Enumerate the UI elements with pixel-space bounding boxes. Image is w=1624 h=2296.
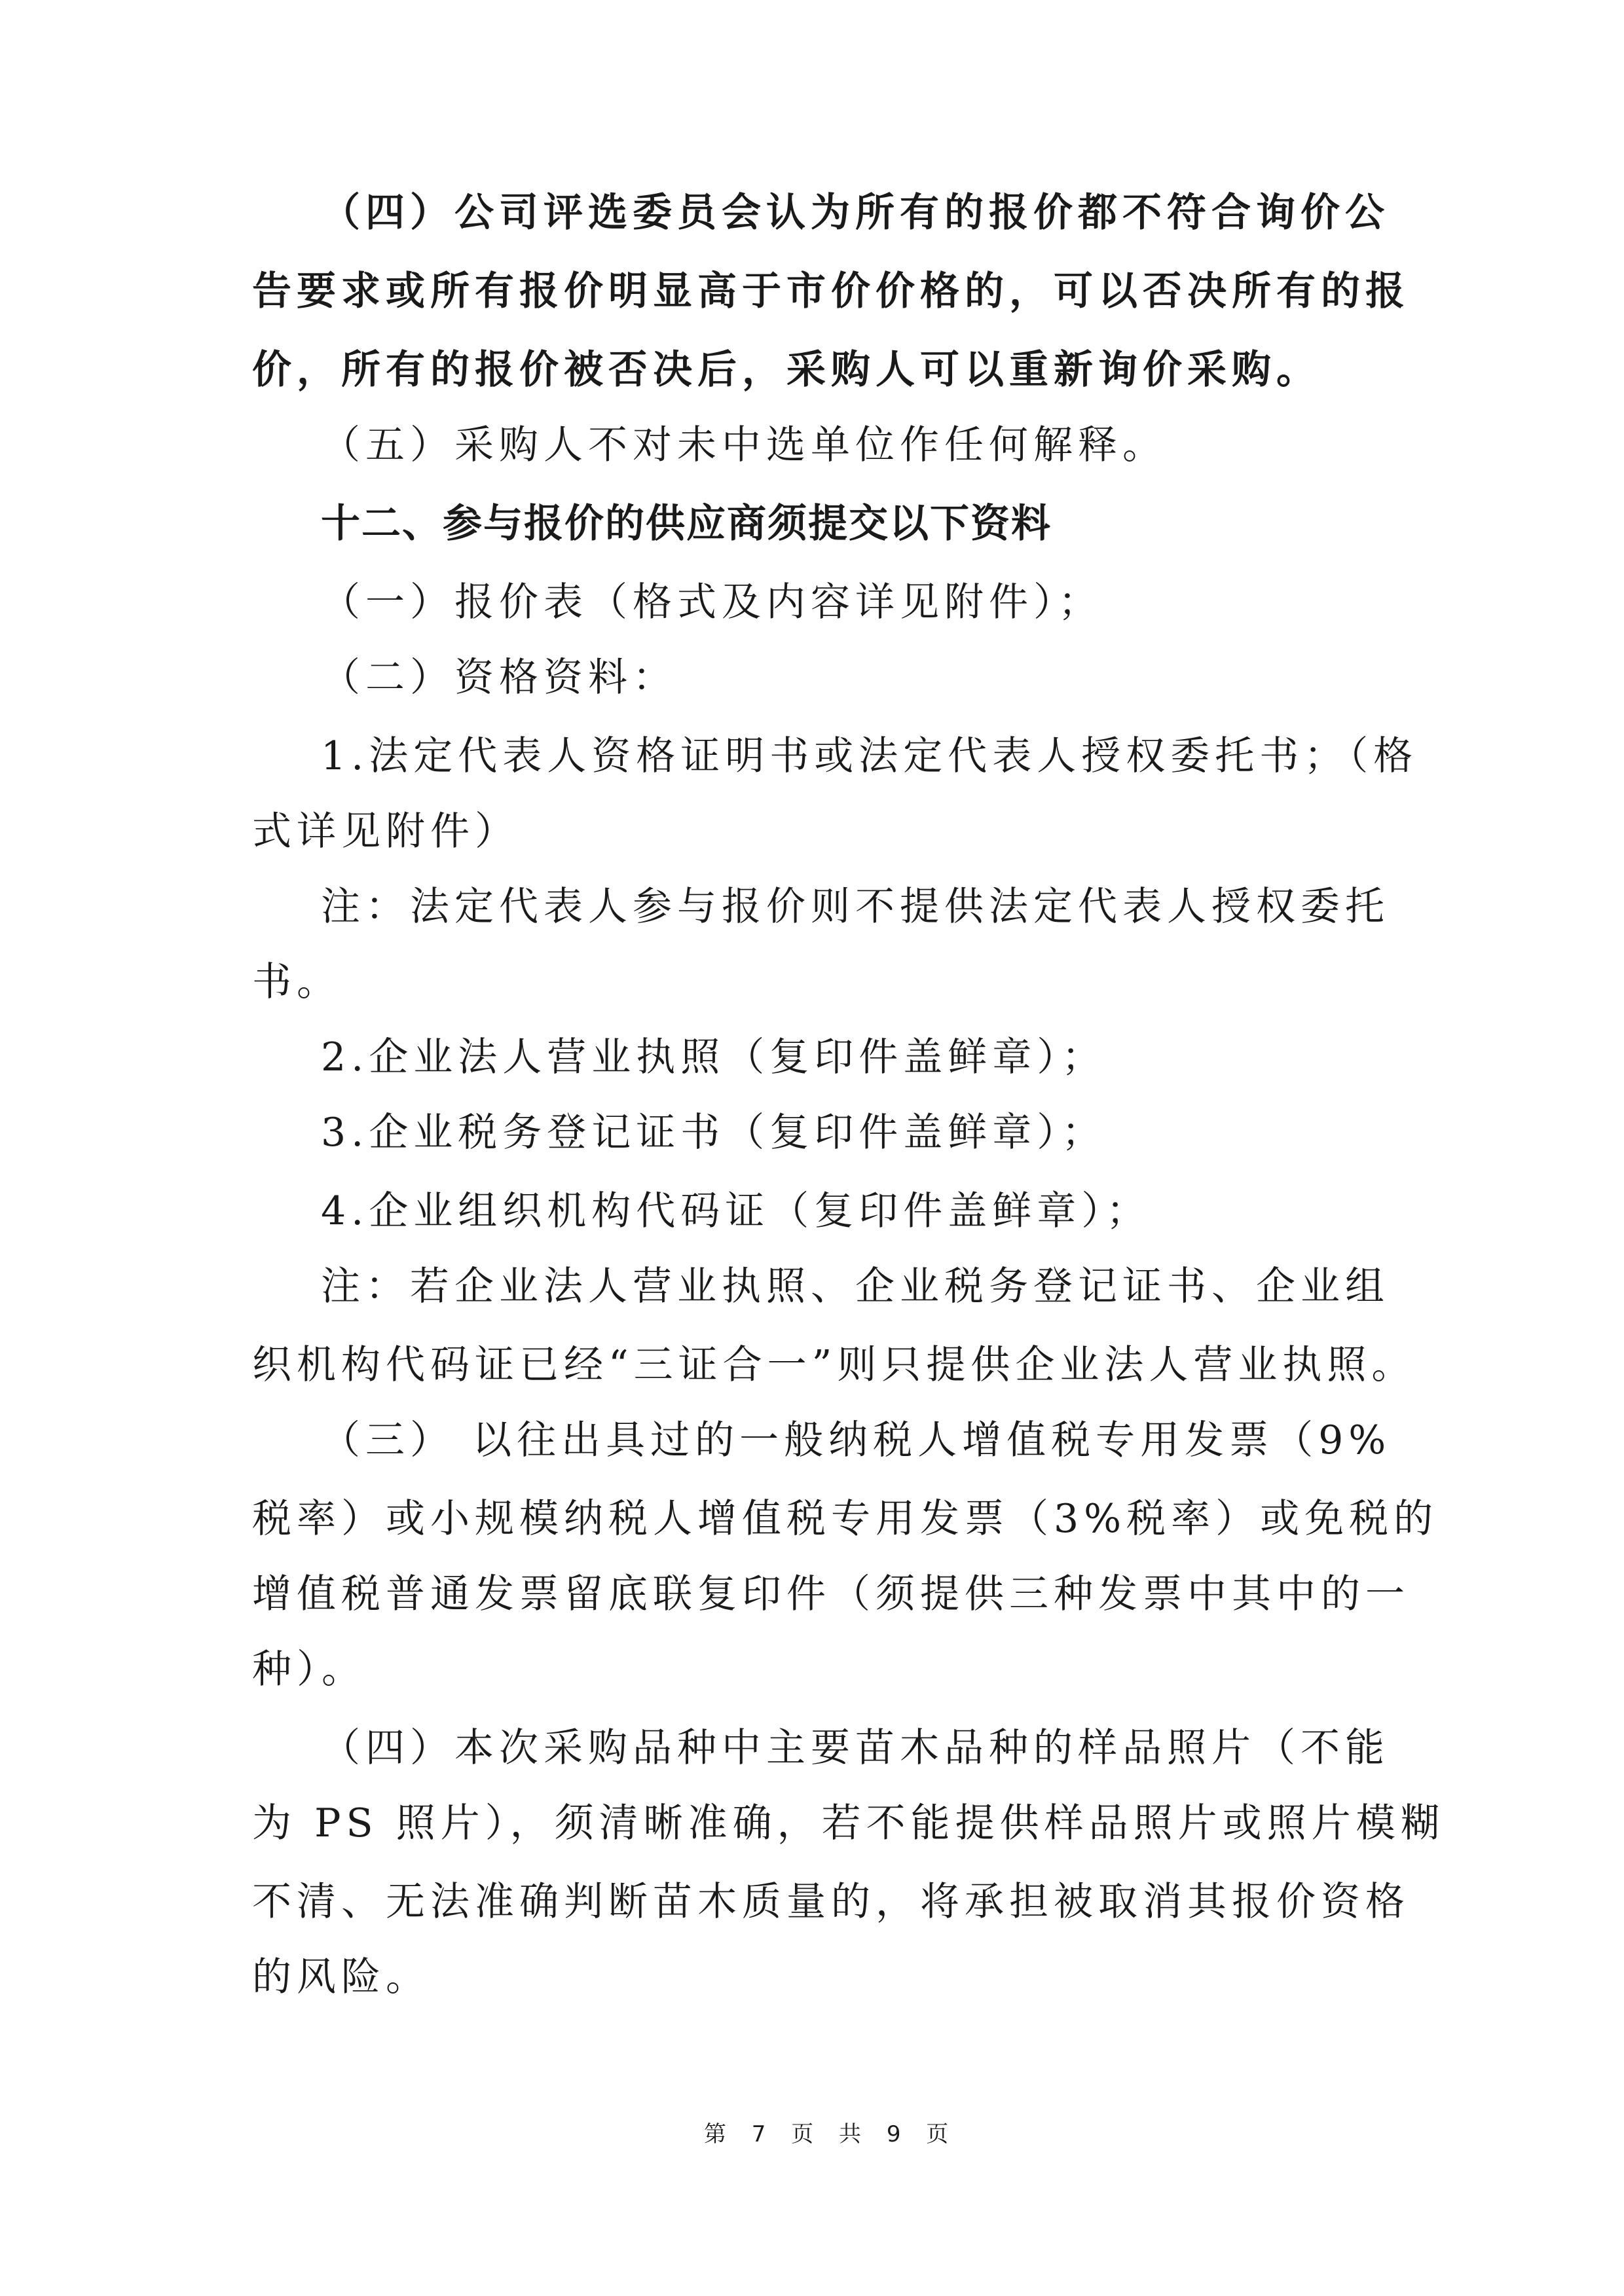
item-1-line-1: 1.法定代表人资格证明书或法定代表人授权委托书；（格	[321, 730, 1418, 782]
page-number-footer: 第 7 页 共 9 页	[704, 2116, 957, 2148]
paragraph-4-line-1: （四）公司评选委员会认为所有的报价都不符合询价公	[321, 187, 1390, 239]
note-1-line-2: 书。	[252, 956, 341, 1008]
item-4: 4.企业组织机构代码证（复印件盖鲜章）；	[321, 1185, 1151, 1237]
note-1-line-1: 注：法定代表人参与报价则不提供法定代表人授权委托	[321, 881, 1390, 933]
subsection-1: （一）报价表（格式及内容详见附件）；	[321, 576, 1103, 629]
subsection-3-line-3: 增值税普通发票留底联复印件（须提供三种发票中其中的一	[252, 1568, 1410, 1620]
item-2: 2.企业法人营业执照（复印件盖鲜章）；	[321, 1031, 1106, 1084]
paragraph-5: （五）采购人不对未中选单位作任何解释。	[321, 419, 1167, 471]
subsection-4-line-2: 为 PS 照片），须清晰准确，若不能提供样品照片或照片模糊	[252, 1797, 1445, 1850]
note-2-line-2: 织机构代码证已经“三证合一”则只提供企业法人营业执照。	[252, 1339, 1416, 1391]
subsection-3-line-2: 税率）或小规模纳税人增值税专用发票（3%税率）或免税的	[252, 1493, 1438, 1545]
subsection-3-line-1: （三） 以往出具过的一般纳税人增值税专用发票（9%	[321, 1414, 1391, 1467]
subsection-3-line-4: 种）。	[252, 1643, 366, 1696]
item-3: 3.企业税务登记证书（复印件盖鲜章）；	[321, 1106, 1106, 1159]
paragraph-4-line-2: 告要求或所有报价明显高于市价价格的，可以否决所有的报	[252, 265, 1410, 318]
paragraph-4-line-3: 价，所有的报价被否决后，采购人可以重新询价采购。	[252, 344, 1321, 396]
note-2-line-1: 注：若企业法人营业执照、企业税务登记证书、企业组	[321, 1260, 1390, 1313]
subsection-4-line-4: 的风险。	[252, 1951, 430, 2003]
subsection-2: （二）资格资料：	[321, 651, 677, 704]
subsection-4-line-3: 不清、无法准确判断苗木质量的，将承担被取消其报价资格	[252, 1876, 1410, 1928]
section-heading-12: 十二、参与报价的供应商须提交以下资料	[321, 498, 1052, 550]
document-page: （四）公司评选委员会认为所有的报价都不符合询价公 告要求或所有报价明显高于市价价…	[0, 0, 1624, 2296]
item-1-line-2: 式详见附件）	[252, 805, 519, 858]
subsection-4-line-1: （四）本次采购品种中主要苗木品种的样品照片（不能	[321, 1722, 1390, 1774]
